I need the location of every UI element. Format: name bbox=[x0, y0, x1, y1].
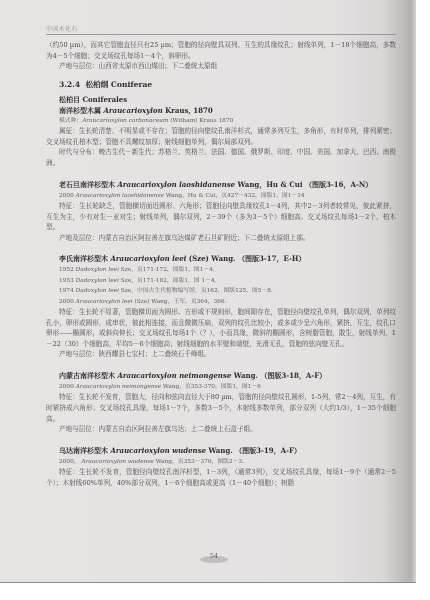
order-heading: 松柏目 Coniferales bbox=[59, 94, 396, 105]
synonym-name: Dadoxylon leei bbox=[76, 267, 119, 273]
section-title-latin: Coniferae bbox=[111, 80, 152, 89]
species-title-cn: 内蒙古南洋杉型木 bbox=[59, 371, 115, 380]
species-locality: 产地与层位：内蒙古自治区阿拉善左旗乌达；上二叠统上石盒子组。 bbox=[46, 424, 396, 435]
species-features: 特征：生长轮不发育，管胞大，径向和弦向直径大于80 µm，管胞的径向壁纹孔圆形，… bbox=[46, 392, 396, 424]
synonym-year: 1953 bbox=[59, 278, 74, 284]
intro-continuation: （约50 µm），而其它管胞直径只有25 µm；管胞的径向壁具双列、互生的具缘纹… bbox=[46, 40, 396, 61]
species-author: Wang，Hu & Cui bbox=[238, 180, 303, 189]
synonym-year: 2000 bbox=[59, 384, 74, 390]
page-content: （约50 µm），而其它管胞直径只有25 µm；管胞的径向壁具双列、互生的具缘纹… bbox=[46, 40, 396, 488]
section-heading: 3.2.4 松柏纲 Coniferae bbox=[59, 79, 396, 91]
type-species-label: 模式种： bbox=[59, 118, 82, 124]
genus-title-latin: Araucarioxylon bbox=[103, 106, 162, 115]
synonym-name: Araucarioxylon wudense bbox=[81, 459, 153, 465]
synonym-entry: 1952 Dadoxylon leei Sze，页171-172，图版1，图1－… bbox=[59, 265, 396, 275]
species-author: Wang. bbox=[208, 446, 232, 455]
type-species-name: Araucarioxylon carbonaceum bbox=[82, 118, 168, 124]
species-title-cn: 李氏南洋杉型木 bbox=[59, 254, 108, 263]
type-species: 模式种：Araucarioxylon carbonaceum (Witham) … bbox=[59, 116, 396, 126]
species-features: 特征：生长轮不显著，管胞横切面为圆形、方形或不规则形，胞间隙存在，管胞径向壁纹孔… bbox=[46, 307, 396, 349]
synonym-year: 1974 bbox=[59, 288, 74, 294]
order-title-cn: 松柏目 bbox=[59, 95, 80, 104]
synonym-entry: 2000 Araucarioxylon neimongense Wang，页35… bbox=[59, 382, 396, 392]
synonym-entry: 1974 Dadoxylon leei Sze，中国古生代植物编写组，页162，… bbox=[59, 286, 396, 296]
genus-distribution: 时代与分布：晚古生代－新生代；苏格兰、英格兰、法国、德国、俄罗斯、印度、中国、美… bbox=[46, 147, 396, 168]
header-rule bbox=[46, 34, 396, 35]
species-title-latin: Araucarioxylon leei bbox=[110, 254, 186, 263]
species-title-latin: Araucarioxylon wudense bbox=[110, 446, 206, 455]
running-head: 中国木化石 bbox=[46, 24, 78, 33]
species-locality: 产地及层位：内蒙古自治区阿拉善左旗乌达煤矿老石旦矿附近；下二叠统太原组上部。 bbox=[46, 233, 396, 244]
synonym-entry: 1953 Dadoxylon leei Sze，页171-182，图版1，图 1… bbox=[59, 276, 396, 286]
species-author: Wang. bbox=[234, 371, 258, 380]
species-plate-ref: （图版3-17，E-H） bbox=[238, 254, 306, 263]
synonym-ref: (Sze) Wang，王军，页364，366. bbox=[134, 299, 226, 305]
synonym-ref: Wang，Hu & Cui，页427－432，图版1，图1－14 bbox=[166, 193, 305, 199]
intro-locality: 产地与层位：山西省太原市西山煤田；下二叠统太原组 bbox=[46, 61, 396, 72]
synonym-name: Araucarioxylon leei bbox=[76, 299, 133, 305]
synonym-year: 2000 bbox=[59, 299, 74, 305]
synonym-ref: Sze，中国古生代植物编写组，页162，图版125，图5－8. bbox=[121, 288, 273, 294]
type-species-author: (Witham) Kraus 1870 bbox=[170, 118, 233, 124]
genus-heading: 南洋杉型木属 Araucarioxylon Kraus, 1870 bbox=[59, 105, 396, 116]
synonym-name: Dadoxylon leei bbox=[76, 278, 119, 284]
species-plate-ref: （图版3-19，A-F） bbox=[235, 446, 301, 455]
species-title-cn: 乌达南洋杉型木 bbox=[59, 446, 108, 455]
synonym-entry: 2000， Araucarioxylon wudense Wang，页353－3… bbox=[59, 457, 396, 467]
synonym-entry: 2000 Araucarioxylon leei (Sze) Wang，王军，页… bbox=[59, 297, 396, 307]
page-edge-shadow bbox=[411, 0, 416, 582]
synonym-name: Araucarioxylon neimongense bbox=[76, 384, 161, 390]
section-title-cn: 松柏纲 bbox=[85, 80, 108, 89]
synonym-year: 2000， bbox=[59, 459, 80, 465]
synonym-year: 1952 bbox=[59, 267, 74, 273]
species-author: (Sze) Wang. bbox=[189, 254, 236, 263]
species-title-latin: Araucarioxylon neimongense bbox=[117, 371, 231, 380]
book-page: 中国木化石 （约50 µm），而其它管胞直径只有25 µm；管胞的径向壁具双列、… bbox=[0, 0, 416, 582]
species-heading: 乌达南洋杉型木 Araucarioxylon wudense Wang. （图版… bbox=[59, 445, 396, 457]
section-number: 3.2.4 bbox=[59, 80, 80, 89]
species-title-cn: 老石旦南洋杉型木 bbox=[59, 180, 115, 189]
species-heading: 内蒙古南洋杉型木 Araucarioxylon neimongense Wang… bbox=[59, 370, 396, 382]
genus-diagnosis: 属征：生长轮清楚、不明显或不存在；管胞的径向壁纹孔南洋杉式，通常多列互生，多角形… bbox=[46, 126, 396, 147]
synonym-ref: Wang，页353－370，图版2－3. bbox=[156, 459, 244, 465]
species-heading: 老石旦南洋杉型木 Araucarioxylon laoshidanense Wa… bbox=[59, 179, 396, 191]
synonym-entry: 2000 Araucarioxylon laoshidanense Wang，H… bbox=[59, 191, 396, 201]
order-title-latin: Coniferales bbox=[82, 95, 127, 104]
synonym-ref: Sze，页171-182，图版1，图 1－4. bbox=[121, 278, 217, 284]
species-features: 特征：生长轮不发育，管胞径向壁纹孔南洋杉型，1－3列，（通常3列），交叉场纹孔具… bbox=[46, 467, 396, 488]
species-plate-ref: （图版3-18，A-F） bbox=[260, 371, 326, 380]
synonym-name: Araucarioxylon laoshidanense bbox=[76, 193, 164, 199]
species-locality: 产地与层位：陕西耀县七宝村；上二叠统石千峰组。 bbox=[46, 349, 396, 360]
genus-author: Kraus, 1870 bbox=[165, 106, 213, 115]
synonym-year: 2000 bbox=[59, 193, 74, 199]
synonym-name: Dadoxylon leei bbox=[76, 288, 119, 294]
species-title-latin: Araucarioxylon laoshidanense bbox=[117, 180, 235, 189]
species-heading: 李氏南洋杉型木 Araucarioxylon leei (Sze) Wang. … bbox=[59, 253, 396, 265]
species-plate-ref: （图版3-16，A-N） bbox=[305, 180, 372, 189]
page-number: 54 bbox=[202, 552, 226, 560]
species-features: 特征：生长轮缺乏，管胞横切面近圆形、六角形；管胞径向壁具缘纹孔1－4列，其中2－… bbox=[46, 201, 396, 233]
genus-title-cn: 南洋杉型木属 bbox=[59, 106, 101, 115]
synonym-ref: Sze，页171-172，图版1，图1－4. bbox=[121, 267, 215, 273]
synonym-ref: Wang，页353-370，图版1，图1－6 bbox=[163, 384, 261, 390]
